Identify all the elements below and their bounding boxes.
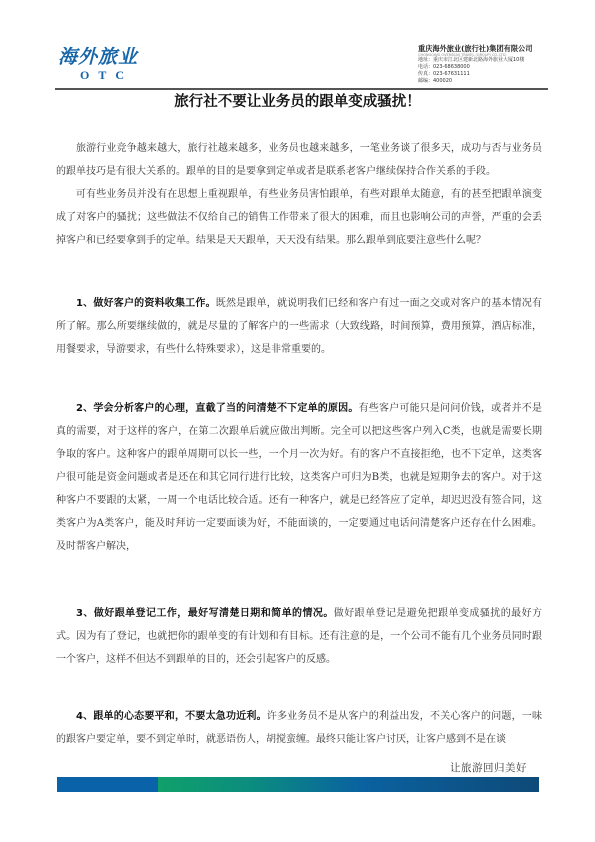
paragraph-intro-2: 可有些业务员并没有在思想上重视跟单，有些业务员害怕跟单，有些对跟单太随意，有的甚…: [56, 183, 542, 252]
intro-section: 旅游行业竞争越来越大，旅行社越来越多，业务员也越来越多，一笔业务谈了很多天，成功…: [56, 137, 542, 252]
section-2: 2、学会分析客户的心理，直截了当的问清楚不下定单的原因。有些客户可能只是问问价钱…: [56, 397, 542, 558]
logo-chinese-text: 海外旅业: [58, 46, 148, 68]
company-address: 地址：重庆市江北区建新北路海外旅业大厦10楼: [418, 57, 548, 64]
paragraph-intro-1: 旅游行业竞争越来越大，旅行社越来越多，业务员也越来越多，一笔业务谈了很多天，成功…: [56, 137, 542, 183]
paragraph-point-4: 4、跟单的心态要平和，不要太急功近利。许多业务员不是从客户的利益出发，不关心客户…: [56, 705, 542, 751]
point-3-heading: 3、做好跟单登记工作，最好写清楚日期和简单的情况。: [76, 608, 334, 619]
logo-english-text: OTC: [58, 68, 148, 82]
section-1: 1、做好客户的资料收集工作。既然是跟单，就说明我们已经和客户有过一面之交或对客户…: [56, 292, 542, 361]
point-2-heading: 2、学会分析客户的心理，直截了当的问清楚不下定单的原因。: [76, 403, 359, 414]
document-title: 旅行社不要让业务员的跟单变成骚扰！: [0, 91, 595, 113]
header-divider: [55, 88, 548, 90]
footer-color-bar: [57, 777, 539, 792]
footer-slogan: 让旅游回归美好: [450, 760, 527, 775]
paragraph-point-3: 3、做好跟单登记工作，最好写清楚日期和简单的情况。做好跟单登记是避免把跟单变成骚…: [56, 602, 542, 671]
company-postcode: 邮编：400020: [418, 78, 548, 85]
company-fax: 传真：023-67631111: [418, 71, 548, 78]
company-contact-block: 重庆海外旅业(旅行社)集团有限公司 CHONGQING OVERSEAS TRA…: [418, 44, 548, 85]
paragraph-point-1: 1、做好客户的资料收集工作。既然是跟单，就说明我们已经和客户有过一面之交或对客户…: [56, 292, 542, 361]
section-4: 4、跟单的心态要平和，不要太急功近利。许多业务员不是从客户的利益出发，不关心客户…: [56, 705, 542, 751]
company-logo: 海外旅业 OTC: [58, 46, 148, 82]
paragraph-point-2: 2、学会分析客户的心理，直截了当的问清楚不下定单的原因。有些客户可能只是问问价钱…: [56, 397, 542, 558]
section-3: 3、做好跟单登记工作，最好写清楚日期和简单的情况。做好跟单登记是避免把跟单变成骚…: [56, 602, 542, 671]
point-2-text: 有些客户可能只是问问价钱，或者并不是真的需要，对于这样的客户，在第二次跟单后就应…: [56, 403, 542, 552]
company-name: 重庆海外旅业(旅行社)集团有限公司: [418, 44, 548, 53]
point-4-heading: 4、跟单的心态要平和，不要太急功近利。: [76, 711, 267, 722]
company-phone: 电话：023-68638000: [418, 64, 548, 71]
point-1-heading: 1、做好客户的资料收集工作。: [76, 298, 216, 309]
